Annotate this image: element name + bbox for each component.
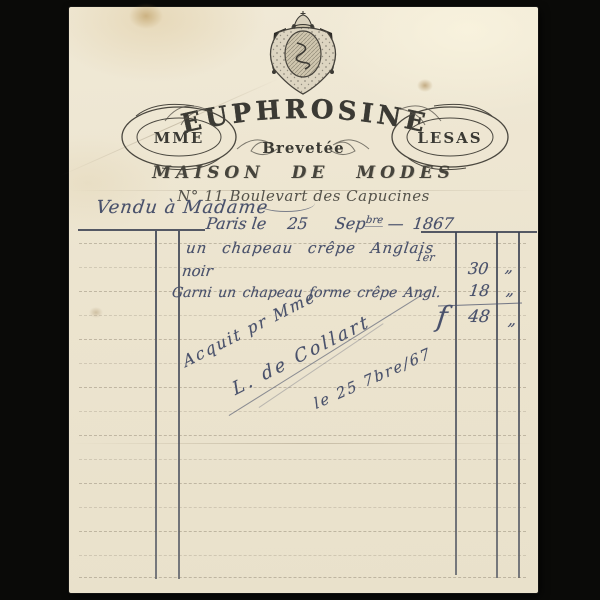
ruled-line [79, 435, 526, 436]
ruled-line [79, 339, 526, 340]
patent-label: Brevetée [69, 139, 538, 157]
column-rule [455, 232, 457, 575]
item-1-note: 1er [415, 251, 435, 264]
ruled-line [79, 459, 526, 460]
ruled-line [79, 507, 526, 508]
date-month: Sep [334, 214, 367, 233]
column-rule [178, 231, 180, 579]
ruled-line [79, 387, 526, 388]
ruled-line [79, 531, 526, 532]
date-separator: — [387, 214, 405, 233]
monogram-icon [285, 31, 321, 77]
city-date-line: Paris le 25 Sepbre — 1867 [205, 214, 455, 233]
invoice-paper: EUPHROSINE MME [69, 7, 538, 593]
table-top-rule-right [421, 231, 537, 233]
column-rule [496, 232, 498, 578]
item-2-amount: 18 [468, 281, 491, 300]
ruled-line [79, 577, 526, 578]
ruled-line [79, 483, 526, 484]
column-rule [518, 232, 520, 578]
item-1-cents: „ [504, 257, 515, 276]
business-type-label: MAISON DE MODES [69, 163, 538, 183]
date-prefix: Paris le [205, 214, 268, 233]
photograph-background: EUPHROSINE MME [0, 0, 600, 600]
total-cents: „ [507, 310, 518, 329]
ruled-line [79, 411, 526, 412]
total-amount: 48 [467, 307, 491, 327]
ruled-line [79, 555, 526, 556]
item-2-cents: „ [505, 280, 516, 299]
date-day: 25 [286, 214, 309, 233]
imperial-crest [247, 9, 359, 97]
item-1-description-2: noir [181, 262, 214, 280]
ruled-line [79, 315, 526, 316]
table-top-rule-left [78, 229, 205, 231]
ruled-line [79, 267, 526, 268]
foxing-stain [129, 3, 163, 29]
item-1-description: un chapeau crêpe Anglais [185, 239, 435, 257]
foxing-stain [89, 307, 103, 318]
item-1-amount: 30 [467, 259, 490, 278]
fold-crease [69, 443, 538, 444]
column-rule [155, 231, 157, 579]
date-month-suffix: bre [365, 215, 384, 227]
acquit-date: le 25 7bre/67 [312, 344, 434, 413]
